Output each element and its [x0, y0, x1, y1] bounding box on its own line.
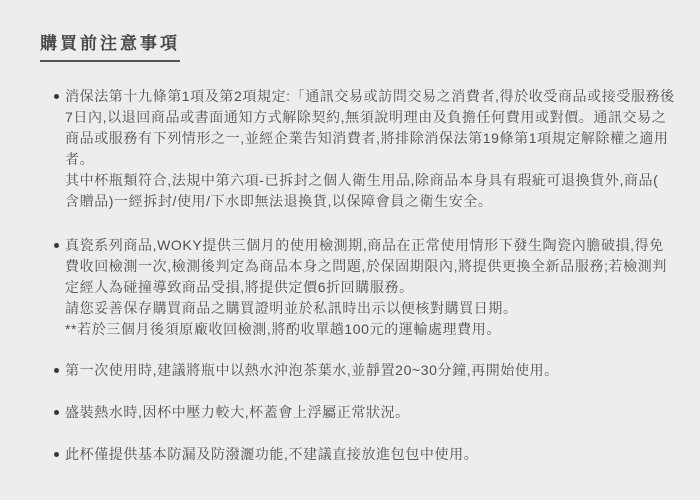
bullet-icon	[54, 243, 59, 248]
bullet-icon	[54, 368, 59, 373]
notice-item-first-use: 第一次使用時,建議將瓶中以熱水沖泡茶葉水,並靜置20~30分鐘,再開始使用。	[54, 360, 660, 381]
notice-line: 請您妥善保存購買商品之購買證明並於私訊時出示以便核對購買日期。	[65, 298, 660, 319]
notice-line: 第一次使用時,建議將瓶中以熱水沖泡茶葉水,並靜置20~30分鐘,再開始使用。	[65, 360, 660, 381]
notice-line: 定經人為碰撞導致商品受損,將提供定價6折回購服務。	[65, 277, 660, 298]
notice-page: { "page": { "title": "購買前注意事項" }, "color…	[0, 0, 700, 500]
notice-line: 其中杯瓶類符合,法規中第六項-已拆封之個人衛生用品,除商品本身具有瑕疵可退換貨外…	[65, 170, 660, 191]
notice-line: 含贈品)一經拆封/使用/下水即無法退換貨,以保障會員之衛生安全。	[65, 191, 660, 212]
notice-line: 真瓷系列商品,WOKY提供三個月的使用檢測期,商品在正常使用情形下發生陶瓷內膽破…	[65, 235, 660, 256]
notice-line: 此杯僅提供基本防漏及防潑灑功能,不建議直接放進包包中使用。	[65, 444, 660, 465]
notice-item-warranty: 真瓷系列商品,WOKY提供三個月的使用檢測期,商品在正常使用情形下發生陶瓷內膽破…	[54, 235, 660, 340]
page-title: 購買前注意事項	[40, 34, 180, 62]
notice-list: 消保法第十九條第1項及第2項規定:「通訊交易或訪問交易之消費者,得於收受商品或接…	[54, 86, 660, 465]
notice-line: **若於三個月後須原廠收回檢測,將酌收單趟100元的運輸處理費用。	[65, 319, 660, 340]
notice-section: 購買前注意事項 消保法第十九條第1項及第2項規定:「通訊交易或訪問交易之消費者,…	[0, 0, 700, 465]
notice-item-return-policy: 消保法第十九條第1項及第2項規定:「通訊交易或訪問交易之消費者,得於收受商品或接…	[54, 86, 660, 212]
bullet-icon	[54, 94, 59, 99]
notice-line: 者。	[65, 149, 660, 170]
notice-line: 盛裝熱水時,因杯中壓力較大,杯蓋會上浮屬正常狀況。	[65, 402, 660, 423]
bullet-icon	[54, 452, 59, 457]
notice-line: 費收回檢測一次,檢測後判定為商品本身之問題,於保固期限內,將提供更換全新品服務;…	[65, 256, 660, 277]
bullet-icon	[54, 410, 59, 415]
notice-line: 消保法第十九條第1項及第2項規定:「通訊交易或訪問交易之消費者,得於收受商品或接…	[65, 86, 660, 107]
notice-item-hot-water: 盛裝熱水時,因杯中壓力較大,杯蓋會上浮屬正常狀況。	[54, 402, 660, 423]
notice-line: 商品或服務有下列情形之一,並經企業告知消費者,將排除消保法第19條第1項規定解除…	[65, 128, 660, 149]
notice-line: 7日內,以退回商品或書面通知方式解除契約,無須說明理由及負擔任何費用或對價。通訊…	[65, 107, 660, 128]
notice-item-leak-proof: 此杯僅提供基本防漏及防潑灑功能,不建議直接放進包包中使用。	[54, 444, 660, 465]
